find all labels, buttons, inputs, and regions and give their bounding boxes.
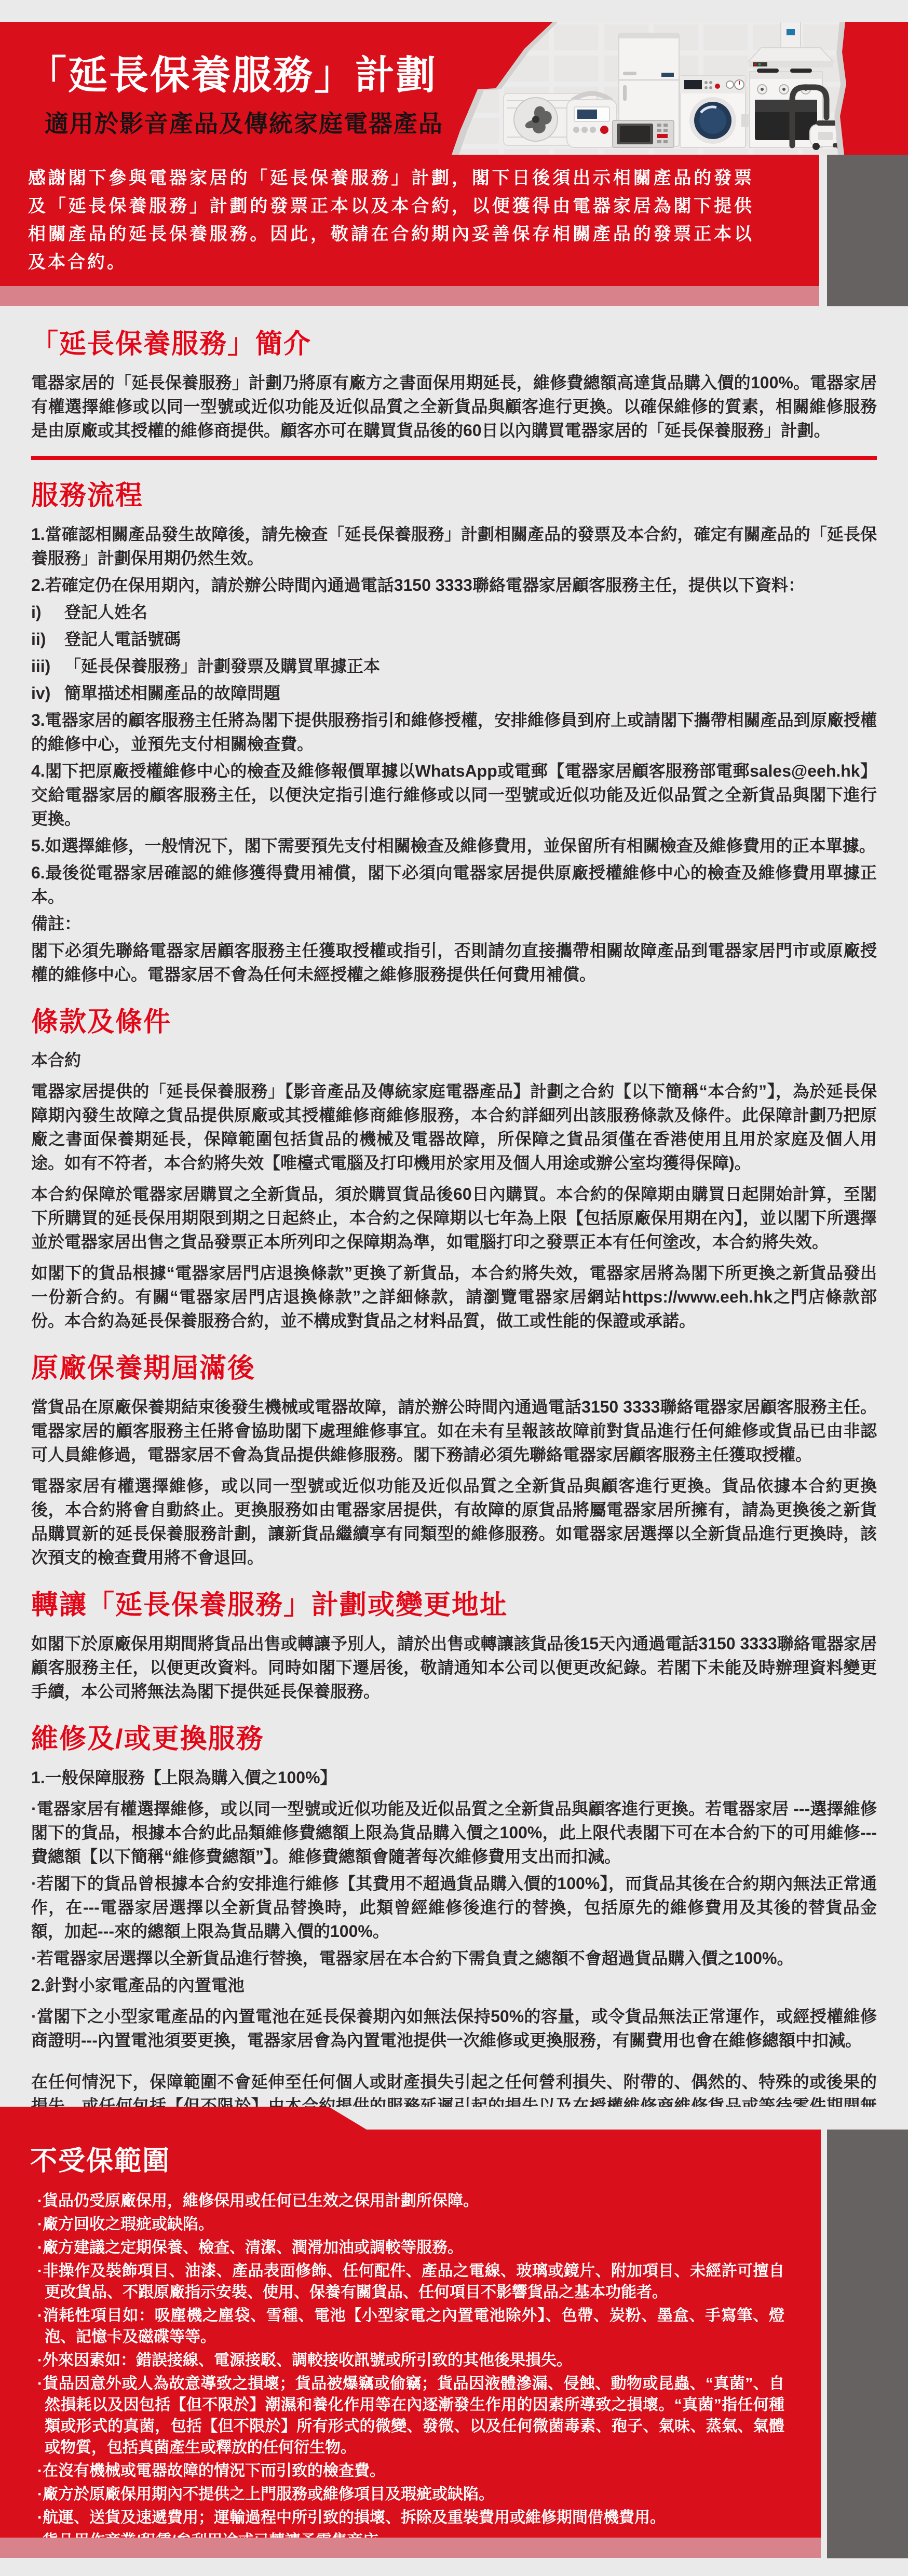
gray-side-bar-top <box>827 155 908 306</box>
process-step: 1.當確認相關產品發生故障後，請先檢查「延長保養服務」計劃相關產品的發票及本合約… <box>31 522 877 570</box>
pink-strip-top <box>0 286 819 306</box>
service-subheading-1: 1.一般保障服務【上限為購入價之100%】 <box>31 1766 877 1789</box>
section-heading-expiry: 原廠保養期屆滿後 <box>31 1353 877 1385</box>
process-note-label: 備註： <box>31 912 877 936</box>
exclusion-item: ·外來因素如：錯誤接線、電源接駁、調較接收訊號或所引致的其他後果損失。 <box>30 2350 784 2371</box>
intro-section-body: 電器家居的「延長保養服務」計劃乃將原有廠方之書面保用期延長，維修費總額高達貨品購… <box>31 371 877 442</box>
page-subtitle: 適用於影音產品及傳統家庭電器產品 <box>45 105 443 139</box>
expiry-paragraph: 電器家居有權選擇維修，或以同一型號或近似功能及近似品質之全新貨品與顧客進行更換。… <box>31 1474 877 1569</box>
exclusion-item: ·貨品仍受原廠保用，維修保用或任何已生效之保用計劃所保障。 <box>30 2190 784 2212</box>
substep-text: 登記人電話號碼 <box>64 627 181 651</box>
substep-text: 「延長保養服務」計劃發票及購買單據正本 <box>64 654 380 678</box>
exclusion-item: ·貨品因意外或人為故意導致之損壞；貨品被爆竊或偷竊；貨品因液體滲漏、侵蝕、動物或… <box>30 2373 784 2458</box>
exclusion-item: ·廠方回收之瑕疵或缺陷。 <box>30 2214 784 2235</box>
process-step: 6.最後從電器家居確認的維修獲得費用補償，閣下必須向電器家居提供原廠授權維修中心… <box>31 861 877 909</box>
gray-side-bar-bottom <box>827 2130 908 2558</box>
substep-numeral: iv) <box>31 681 64 705</box>
terms-subheading: 本合約 <box>31 1048 877 1072</box>
section-heading-service: 維修及/或更換服務 <box>31 1724 877 1755</box>
exclusion-item: ·航運、送貨及速遞費用；運輸過程中所引致的損壞、拆除及重裝費用或維修期間借機費用… <box>30 2507 784 2528</box>
transfer-paragraph: 如閣下於原廠保用期間將貨品出售或轉讓予別人，請於出售或轉讓該貨品後15天內通過電… <box>31 1632 877 1703</box>
flyer-page: 「延長保養服務」計劃 適用於影音產品及傳統家庭電器產品 <box>0 0 908 2576</box>
section-heading-process: 服務流程 <box>31 481 877 512</box>
intro-banner: 感謝閣下參與電器家居的「延長保養服務」計劃，閣下日後須出示相關產品的發票及「延長… <box>0 155 819 286</box>
service-bullet: ·若電器家居選擇以全新貨品進行替換，電器家居在本合約下需負責之總額不會超過貨品購… <box>31 1946 877 1970</box>
section-heading-intro: 「延長保養服務」簡介 <box>31 329 877 360</box>
process-step: 5.如選擇維修，一般情況下，閣下需要預先支付相關檢查及維修費用，並保留所有相關檢… <box>31 834 877 858</box>
substep-numeral: i) <box>31 600 64 624</box>
exclusion-item: ·廠方於原廠保用期內不提供之上門服務或維修項目及瑕疵或缺陷。 <box>30 2484 784 2505</box>
substep-text: 登記人姓名 <box>64 600 147 624</box>
exclusion-item: ·非操作及裝飾項目、油漆、產品表面修飾、任何配件、產品之電線、玻璃或鏡片、附加項… <box>30 2260 784 2303</box>
process-substep: ii) 登記人電話號碼 <box>31 627 877 651</box>
process-substep: i) 登記人姓名 <box>31 600 877 624</box>
process-step: 3.電器家居的顧客服務主任將為閣下提供服務指引和維修授權，安排維修員到府上或請閣… <box>31 708 877 756</box>
header-banner: 「延長保養服務」計劃 適用於影音產品及傳統家庭電器產品 <box>0 22 908 155</box>
process-substep: iii) 「延長保養服務」計劃發票及購買單據正本 <box>31 654 877 678</box>
rice-cooker-icon <box>567 93 617 147</box>
terms-paragraph: 電器家居提供的「延長保養服務」【影音產品及傳統家庭電器產品】計劃之合約【以下簡稱… <box>31 1079 877 1175</box>
service-bullet: ·電器家居有權選擇維修，或以同一型號或近似功能及近似品質之全新貨品與顧客進行更換… <box>31 1797 877 1868</box>
process-note: 閣下必須先聯絡電器家居顧客服務主任獲取授權或指引，否則請勿直接攜帶相關故障產品到… <box>31 939 877 986</box>
pink-strip-bottom <box>0 2538 821 2558</box>
process-step: 4.閣下把原廠授權維修中心的檢查及維修報價單據以WhatsApp或電郵【電器家居… <box>31 759 877 831</box>
appliances-graphic <box>452 22 857 155</box>
substep-numeral: ii) <box>31 627 64 651</box>
section-heading-exclusions: 不受保範圍 <box>30 2139 784 2178</box>
microwave-oven-icon <box>613 120 674 147</box>
process-step: 2.若確定仍在保用期內，請於辦公時間內通過電話3150 3333聯絡電器家居顧客… <box>31 573 877 597</box>
service-subheading-2: 2.針對小家電產品的內置電池 <box>31 1973 877 1997</box>
appliance-illustration <box>452 22 857 155</box>
exclusion-item: ·在沒有機械或電器故障的情況下而引致的檢查費。 <box>30 2460 784 2482</box>
exclusion-item: ·廠方建議之定期保養、檢查、清潔、潤滑加油或調較等服務。 <box>30 2237 784 2258</box>
section-heading-terms: 條款及條件 <box>31 1007 877 1038</box>
washing-machine-icon <box>680 76 749 147</box>
section-heading-transfer: 轉讓「延長保養服務」計劃或變更地址 <box>31 1590 877 1621</box>
terms-paragraph: 如閣下的貨品根據“電器家居門店退換條款”更換了新貨品，本合約將失效，電器家居將為… <box>31 1261 877 1333</box>
main-content: 「延長保養服務」簡介 電器家居的「延長保養服務」計劃乃將原有廠方之書面保用期延長… <box>0 306 908 2107</box>
intro-text: 感謝閣下參與電器家居的「延長保養服務」計劃，閣下日後須出示相關產品的發票及「延長… <box>0 155 819 276</box>
service-bullet: ·當閣下之小型家電產品的內置電池在延長保養期內如無法保持50%的容量，或令貨品無… <box>31 2004 877 2052</box>
exclusion-item: ·消耗性項目如：吸塵機之塵袋、雪種、電池【小型家電之內置電池除外】、色帶、炭粉、… <box>30 2305 784 2348</box>
substep-numeral: iii) <box>31 654 64 678</box>
substep-text: 簡單描述相關產品的故障問題 <box>64 681 280 705</box>
exclusions-banner: 不受保範圍 ·貨品仍受原廠保用，維修保用或任何已生效之保用計劃所保障。 ·廠方回… <box>0 2107 821 2538</box>
page-title: 「延長保養服務」計劃 <box>27 44 437 100</box>
process-substep: iv) 簡單描述相關產品的故障問題 <box>31 681 877 705</box>
expiry-paragraph: 當貨品在原廠保養期結束後發生機械或電器故障，請於辦公時間內通過電話3150 33… <box>31 1395 877 1467</box>
exclusion-item: ·貨品用作商業/租賃/牟利用途或已轉讓予零售商店。 <box>30 2530 784 2538</box>
service-bullet: ·若閣下的貨品曾根據本合約安排進行維修【其費用不超過貨品購入價的100%】，而貨… <box>31 1872 877 1943</box>
terms-paragraph: 本合約保障於電器家居購買之全新貨品，須於購買貨品後60日內購買。本合約的保障期由… <box>31 1182 877 1254</box>
service-disclaimer: 在任何情況下，保障範圍不會延伸至任何個人或財產損失引起之任何營利損失、附帶的、偶… <box>31 2070 877 2107</box>
red-divider <box>31 456 877 460</box>
